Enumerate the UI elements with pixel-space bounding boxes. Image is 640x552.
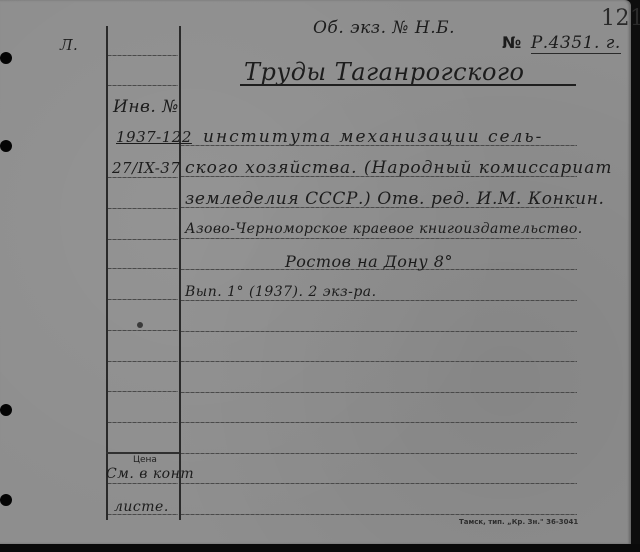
body-line: ского хозяйства. (Народный комиссариат [185, 158, 613, 178]
main-rule [181, 300, 577, 301]
left-col-rule [108, 268, 178, 269]
left-col-rule [108, 483, 178, 484]
price-line-1: См. в конт [106, 466, 194, 482]
inventory-label: Инв. № [113, 97, 179, 117]
left-col-rule [108, 208, 178, 209]
inventory-date: 27/IX-37 [112, 159, 180, 177]
main-rule [181, 483, 577, 484]
column-rule-right [179, 26, 181, 520]
catalog-card: 121 Об. экз. № Н.Б. Л. № Р.4351. г. Труд… [0, 0, 631, 544]
call-number-label: № [502, 33, 522, 52]
price-label: Цена [133, 455, 157, 465]
main-rule [181, 238, 577, 239]
left-col-rule [108, 239, 178, 240]
printer-imprint: Тамск, тип. „Кр. Зн." 36-3041 [459, 518, 578, 526]
body-line: Ростов на Дону 8° [285, 252, 453, 271]
main-rule [181, 331, 577, 332]
ink-dot [137, 322, 143, 328]
main-rule [181, 392, 577, 393]
main-rule [181, 361, 577, 362]
main-rule [181, 514, 577, 515]
left-col-rule [108, 422, 178, 423]
left-col-rule [108, 361, 178, 362]
left-col-rule [108, 55, 178, 56]
body-line: земледелия СССР.) Отв. ред. И.М. Конкин. [185, 189, 605, 209]
margin-mark: Л. [60, 36, 78, 54]
column-rule-left [106, 26, 108, 520]
punch-hole-icon [0, 494, 12, 506]
left-col-rule [108, 330, 178, 331]
body-line: Азово-Черноморское краевое книгоиздатель… [185, 221, 583, 237]
body-line: Вып. 1° (1937). 2 экз-ра. [185, 284, 377, 300]
left-col-rule [108, 85, 178, 86]
corner-number: 121 [601, 6, 640, 31]
inventory-number: 1937-122 [116, 128, 192, 146]
title-line: Труды Таганрогского [244, 58, 524, 86]
punch-hole-icon [0, 404, 12, 416]
title-underline [240, 84, 576, 86]
price-line-2: листе. [114, 499, 169, 515]
main-rule [181, 422, 577, 423]
top-note: Об. экз. № Н.Б. [313, 18, 455, 38]
scan-border [0, 544, 640, 552]
left-col-rule [108, 177, 178, 178]
call-number-value: Р.4351. г. [531, 33, 621, 54]
left-col-rule [108, 391, 178, 392]
main-rule [181, 453, 577, 454]
body-line: института механизации сель- [203, 127, 543, 147]
call-number: № Р.4351. г. [502, 33, 621, 53]
punch-hole-icon [0, 52, 12, 64]
punch-hole-icon [0, 140, 12, 152]
left-col-rule [108, 299, 178, 300]
price-divider [106, 452, 179, 454]
